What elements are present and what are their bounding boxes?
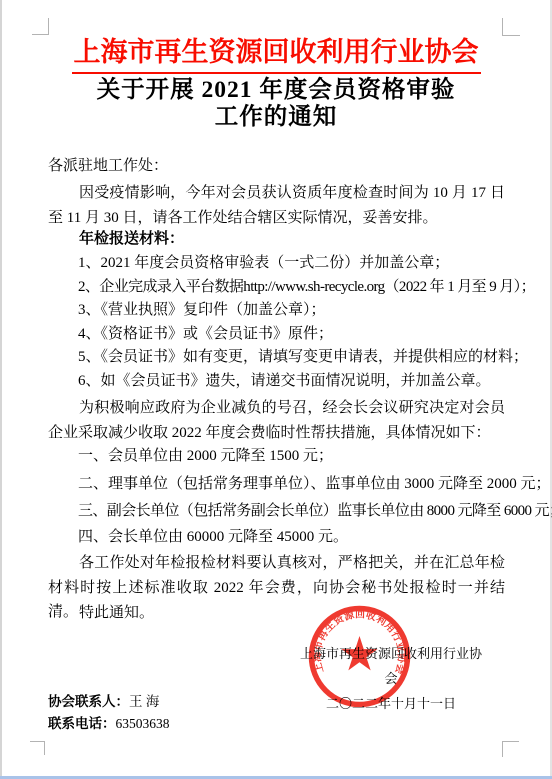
fee-item-3: 三、副会长单位（包括常务副会长单位）监事长单位由 8000 元降至 6000 元… <box>78 501 552 521</box>
paragraph-fee-relief: 为积极响应政府为企业减负的号召，经会长会议研究决定对会员企业采取减少收取 202… <box>48 396 505 445</box>
official-seal: 上海市再生资源回收利用行业协会 <box>306 603 413 710</box>
contact-person-value: 王 海 <box>129 694 159 709</box>
document-title-line-2: 工作的通知 <box>0 104 552 131</box>
association-title: 上海市再生资源回收利用行业协会 <box>0 36 552 74</box>
contact-person-row: 协会联系人：王 海 <box>48 690 159 710</box>
crop-mark-bottom-right <box>502 741 519 757</box>
notice-line: 特此通知。 <box>48 603 505 623</box>
document-title: 关于开展 2021 年度会员资格审验 工作的通知 <box>0 77 552 131</box>
material-item-5: 5、《会员证书》如有变更，请填写变更申请表，并提供相应的材料； <box>78 347 552 367</box>
material-item-2: 2、企业完成录入平台数据http://www.sh-recycle.org（20… <box>78 277 552 297</box>
material-item-6: 6、如《会员证书》遗失，请递交书面情况说明，并加盖公章。 <box>78 371 552 391</box>
materials-heading: 年检报送材料： <box>48 229 505 249</box>
material-item-3: 3、《营业执照》复印件（加盖公章）； <box>78 300 552 320</box>
seal-star-icon <box>341 636 377 670</box>
material-item-4: 4、《资格证书》或《会员证书》原件； <box>78 324 552 344</box>
contact-phone-row: 联系电话：63503638 <box>48 712 170 732</box>
fee-item-2: 二、理事单位（包括常务理事单位）、监事单位由 3000 元降至 2000 元； <box>78 474 552 494</box>
document-title-line-1: 关于开展 2021 年度会员资格审验 <box>0 77 552 104</box>
crop-mark-top-right <box>502 18 520 36</box>
contact-person-label: 协会联系人： <box>48 694 129 709</box>
crop-mark-top-left <box>32 18 49 35</box>
material-item-1: 1、2021 年度会员资格审验表（一式二份）并加盖公章； <box>78 253 552 273</box>
document-page: { "header": { "association_title": "上海市再… <box>0 0 552 779</box>
fee-item-1: 一、会员单位由 2000 元降至 1500 元； <box>78 446 552 466</box>
crop-mark-bottom-left <box>30 741 45 755</box>
fee-item-4: 四、会长单位由 60000 元降至 45000 元。 <box>78 527 552 547</box>
association-title-text: 上海市再生资源回收利用行业协会 <box>72 36 481 74</box>
contact-phone-label: 联系电话： <box>48 716 116 731</box>
contact-phone-value: 63503638 <box>116 716 170 731</box>
paragraph-epidemic: 因受疫情影响，今年对会员获认资质年度检查时间为 10 月 17 日至 11 月 … <box>48 181 505 230</box>
salutation: 各派驻地工作处： <box>48 156 505 176</box>
